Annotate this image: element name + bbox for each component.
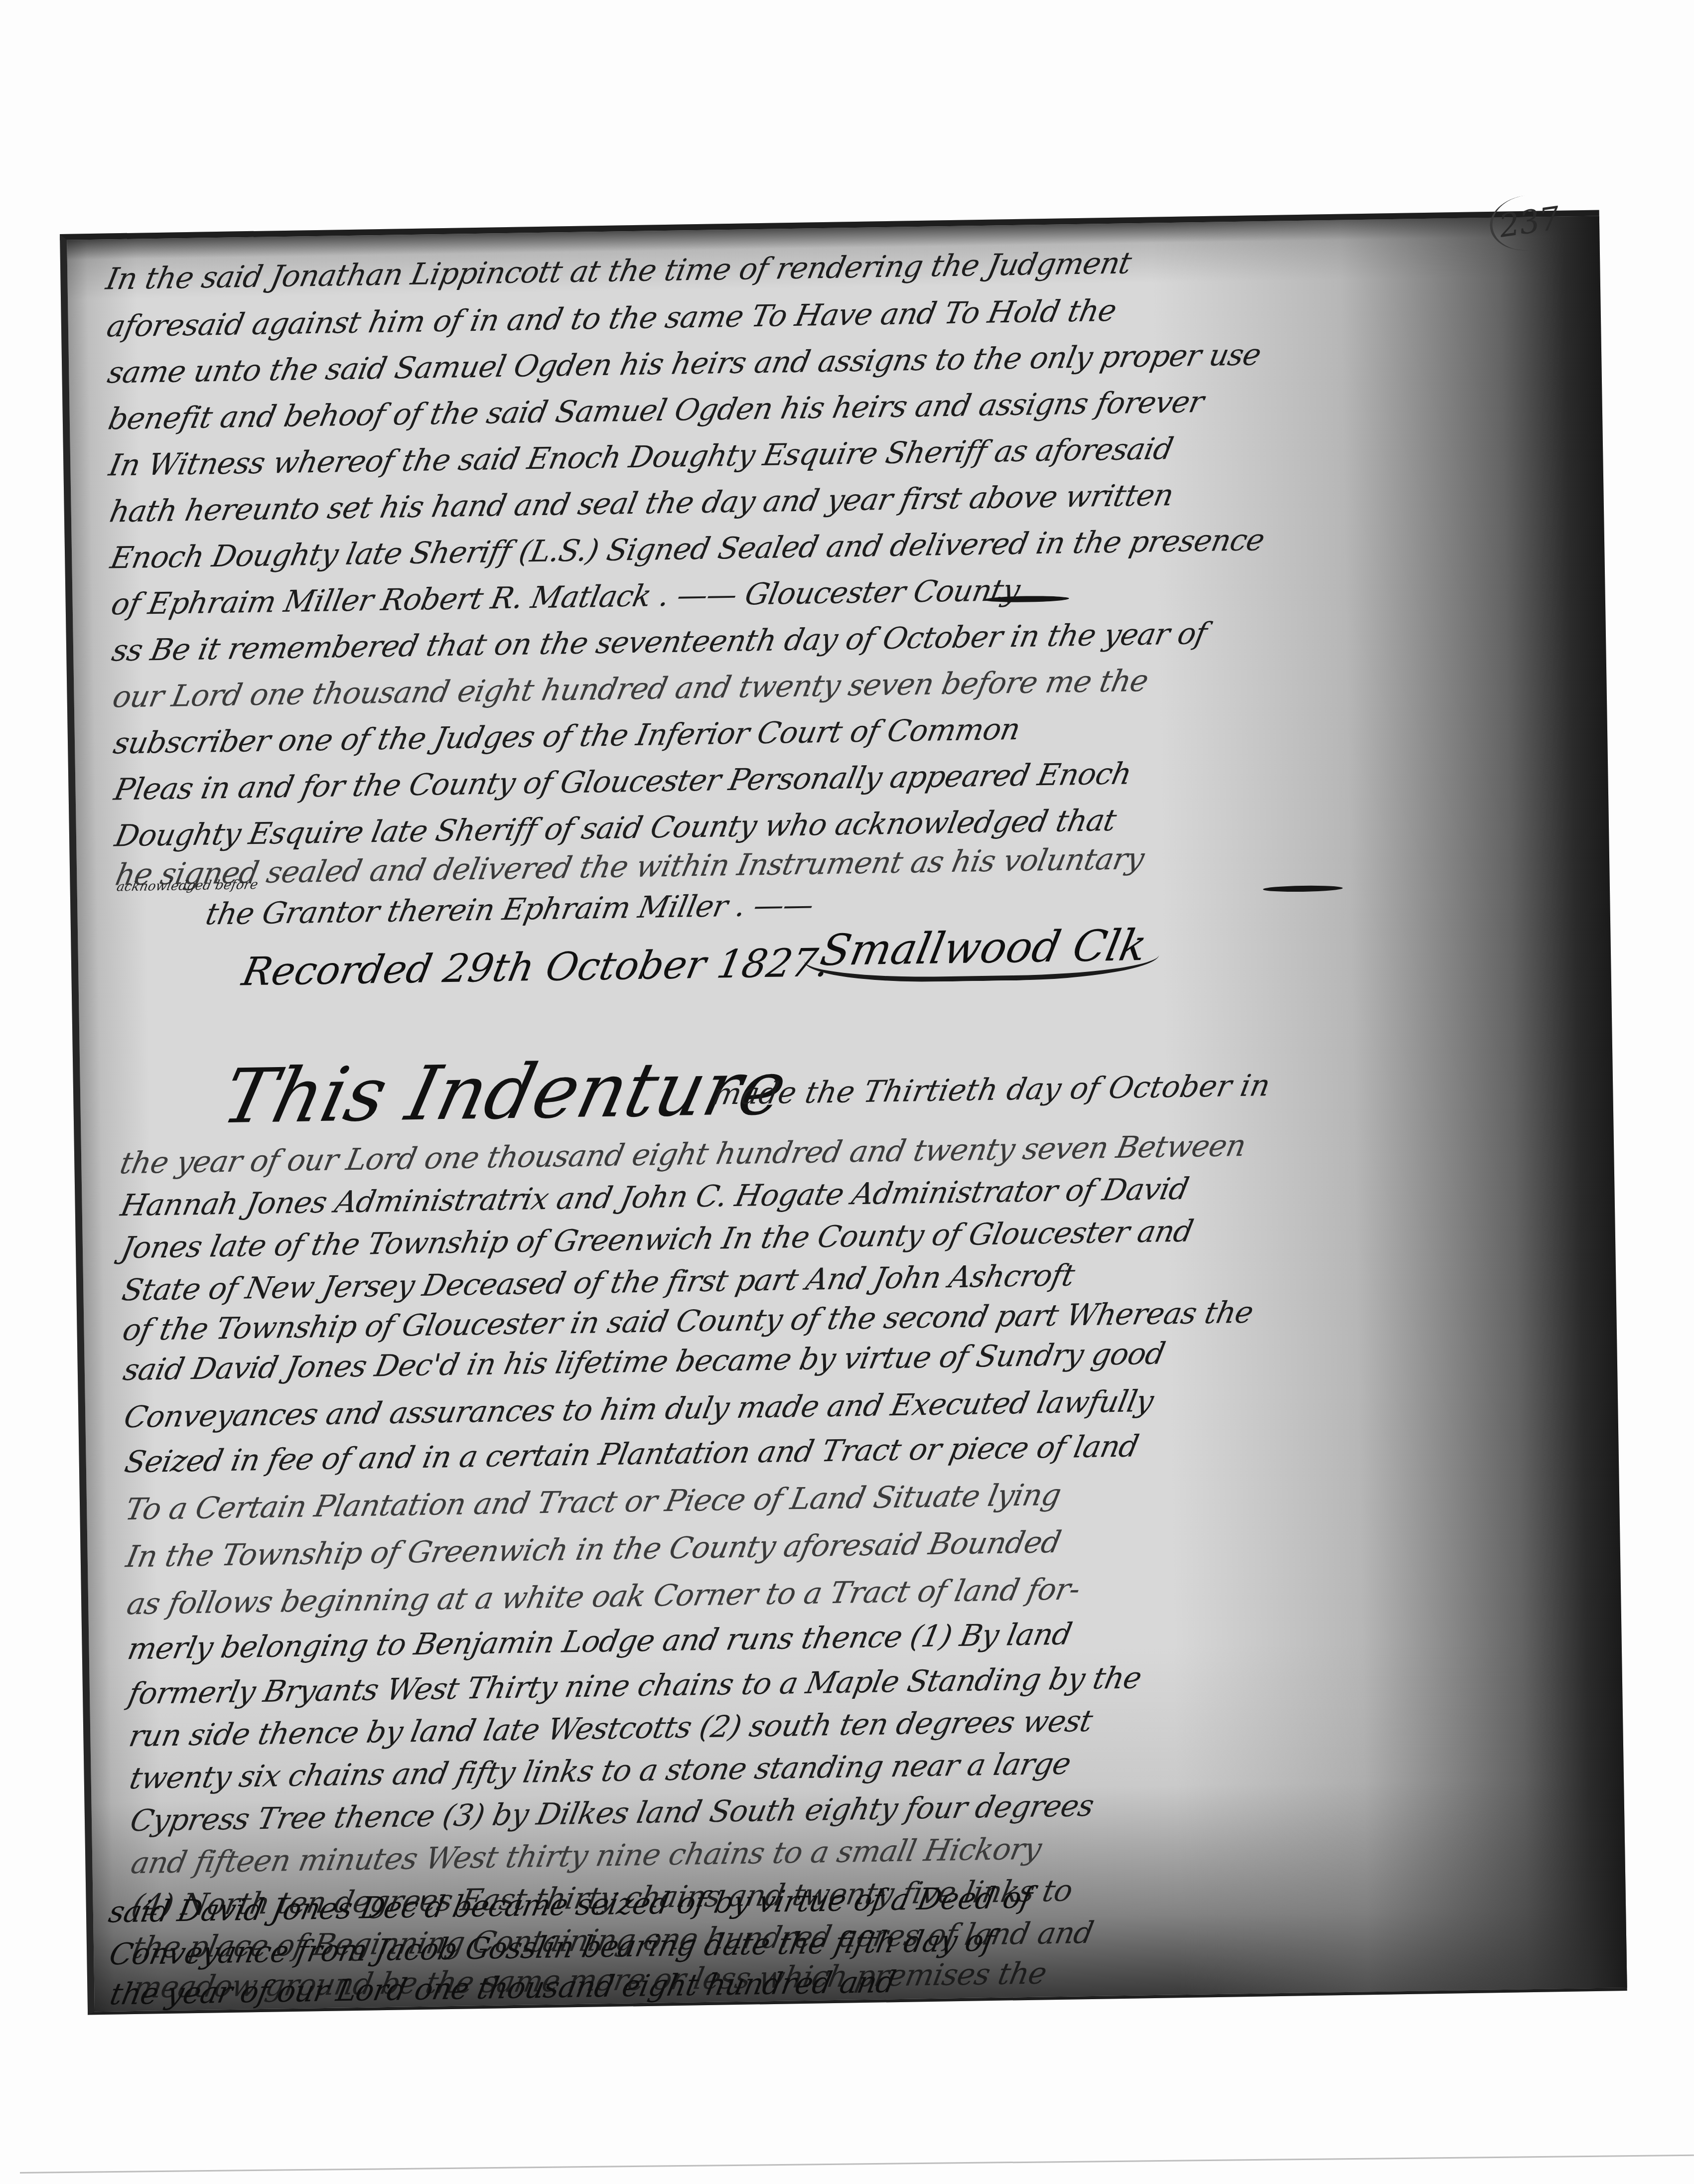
deed-record-scan: In the said Jonathan Lippincott at the t… [60, 210, 1627, 2015]
scanned-document-page: 237 In the said Jonathan Lippincott at t… [0, 0, 1694, 2184]
scanner-page-edge [20, 2155, 1694, 2174]
clerk-signature: Smallwood Clk [800, 920, 1165, 984]
record-continuation-block: In the said Jonathan Lippincott at the t… [67, 216, 1599, 240]
recorded-date: Recorded 29th October 1827. [238, 941, 833, 995]
indenture-tail: said David Jones Dec'd became seized of … [60, 1869, 1601, 2018]
indenture-block: This Indenture made the Thirtieth day of… [67, 216, 1599, 240]
margin-note: acknowledged before [116, 877, 260, 895]
indenture-opening: made the Thirtieth day of October in [709, 1068, 1273, 1112]
indenture-heading: This Indenture [215, 1046, 794, 1139]
